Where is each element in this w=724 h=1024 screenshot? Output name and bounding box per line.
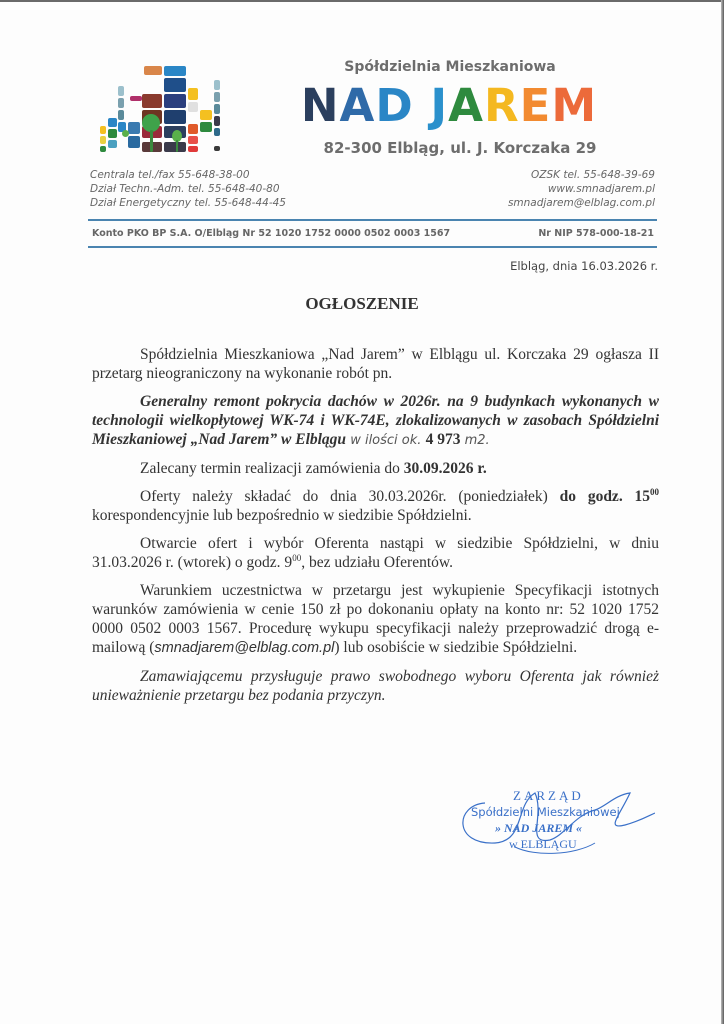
nip-number: Nr NIP 578-000-18-21 xyxy=(538,228,654,239)
offers-minutes: 00 xyxy=(650,487,659,497)
qty-unit: m2. xyxy=(460,433,489,448)
qty-value: 4 973 xyxy=(426,431,461,448)
contact-line: Dział Techn.-Adm. tel. 55-648-40-80 xyxy=(90,182,286,196)
logotype-letter: D xyxy=(375,79,413,132)
website-link[interactable]: www.smnadjarem.pl xyxy=(508,182,655,196)
scan-edge-top xyxy=(0,0,724,2)
contacts-right: OZSK tel. 55-648-39-69 www.smnadjarem.pl… xyxy=(508,168,655,210)
logotype-letter: J xyxy=(430,79,448,132)
deadline-text: Zalecany termin realizacji zamówienia do xyxy=(140,460,404,477)
contact-line: OZSK tel. 55-648-39-69 xyxy=(508,168,655,182)
logotype-letter: A xyxy=(448,79,484,132)
stamp-line-4: w ELBLĄGU xyxy=(509,837,577,852)
page-title: OGŁOSZENIE xyxy=(0,294,724,314)
divider-bottom xyxy=(88,246,657,248)
contacts-left: Centrala tel./fax 55-648-38-00 Dział Tec… xyxy=(90,168,286,210)
contact-line: Dział Energetyczny tel. 55-648-44-45 xyxy=(90,196,286,210)
paragraph-deadline: Zalecany termin realizacji zamówienia do… xyxy=(92,459,659,478)
stamp-line-1: ZARZĄD xyxy=(513,788,584,804)
logotype-letter: A xyxy=(340,79,376,132)
contact-line: Centrala tel./fax 55-648-38-00 xyxy=(90,168,286,182)
paragraph-subject: Generalny remont pokrycia dachów w 2026r… xyxy=(92,392,659,450)
logotype-letter: R xyxy=(484,79,520,132)
org-type: Spółdzielnia Mieszkaniowa xyxy=(290,59,610,75)
paragraph-opening: Otwarcie ofert i wybór Oferenta nastąpi … xyxy=(92,534,659,572)
offers-rest: korespondencyjnie lub bezpośrednio w sie… xyxy=(92,507,472,524)
logotype-letter xyxy=(414,79,431,132)
org-name-logotype: NAD JAREM xyxy=(284,78,614,134)
org-address: 82-300 Elbląg, ul. J. Korczaka 29 xyxy=(300,139,620,157)
paragraph-offers: Oferty należy składać do dnia 30.03.2026… xyxy=(92,487,659,525)
opening-minutes: 00 xyxy=(292,553,301,563)
paragraph-intro: Spółdzielnia Mieszkaniowa „Nad Jarem” w … xyxy=(92,345,659,383)
paragraph-conditions: Warunkiem uczestnictwa w przetargu jest … xyxy=(92,581,659,658)
offers-hour: do godz. 15 xyxy=(560,488,650,505)
logotype-letter: N xyxy=(301,79,340,132)
divider-top xyxy=(88,219,657,221)
qty-prefix: w ilości ok. xyxy=(346,433,426,448)
official-stamp: ZARZĄD Spółdzielni Mieszkaniowej » NAD J… xyxy=(455,785,655,865)
stamp-line-3: » NAD JAREM « xyxy=(495,821,582,836)
paragraph-reservation: Zamawiającemu przysługuje prawo swobodne… xyxy=(92,667,659,705)
stamp-line-2: Spółdzielni Mieszkaniowej xyxy=(471,805,620,819)
logotype-letter: E xyxy=(520,79,552,132)
opening-rest: , bez udziału Oferentów. xyxy=(301,554,453,571)
deadline-date: 30.09.2026 r. xyxy=(404,460,487,477)
document-body: Spółdzielnia Mieszkaniowa „Nad Jarem” w … xyxy=(92,345,659,714)
logo-buildings-icon xyxy=(100,66,242,154)
conditions-rest: ) lub osobiście w siedzibie Spółdzielni. xyxy=(334,639,577,656)
date-line: Elbląg, dnia 16.03.2026 r. xyxy=(510,259,658,273)
conditions-email-link[interactable]: smnadjarem@elblag.com.pl xyxy=(154,640,334,656)
bank-account: Konto PKO BP S.A. O/Elbląg Nr 52 1020 17… xyxy=(92,228,450,239)
logotype-letter: M xyxy=(551,79,597,132)
email-link[interactable]: smnadjarem@elblag.com.pl xyxy=(508,196,655,210)
offers-text: Oferty należy składać do dnia 30.03.2026… xyxy=(140,488,560,505)
